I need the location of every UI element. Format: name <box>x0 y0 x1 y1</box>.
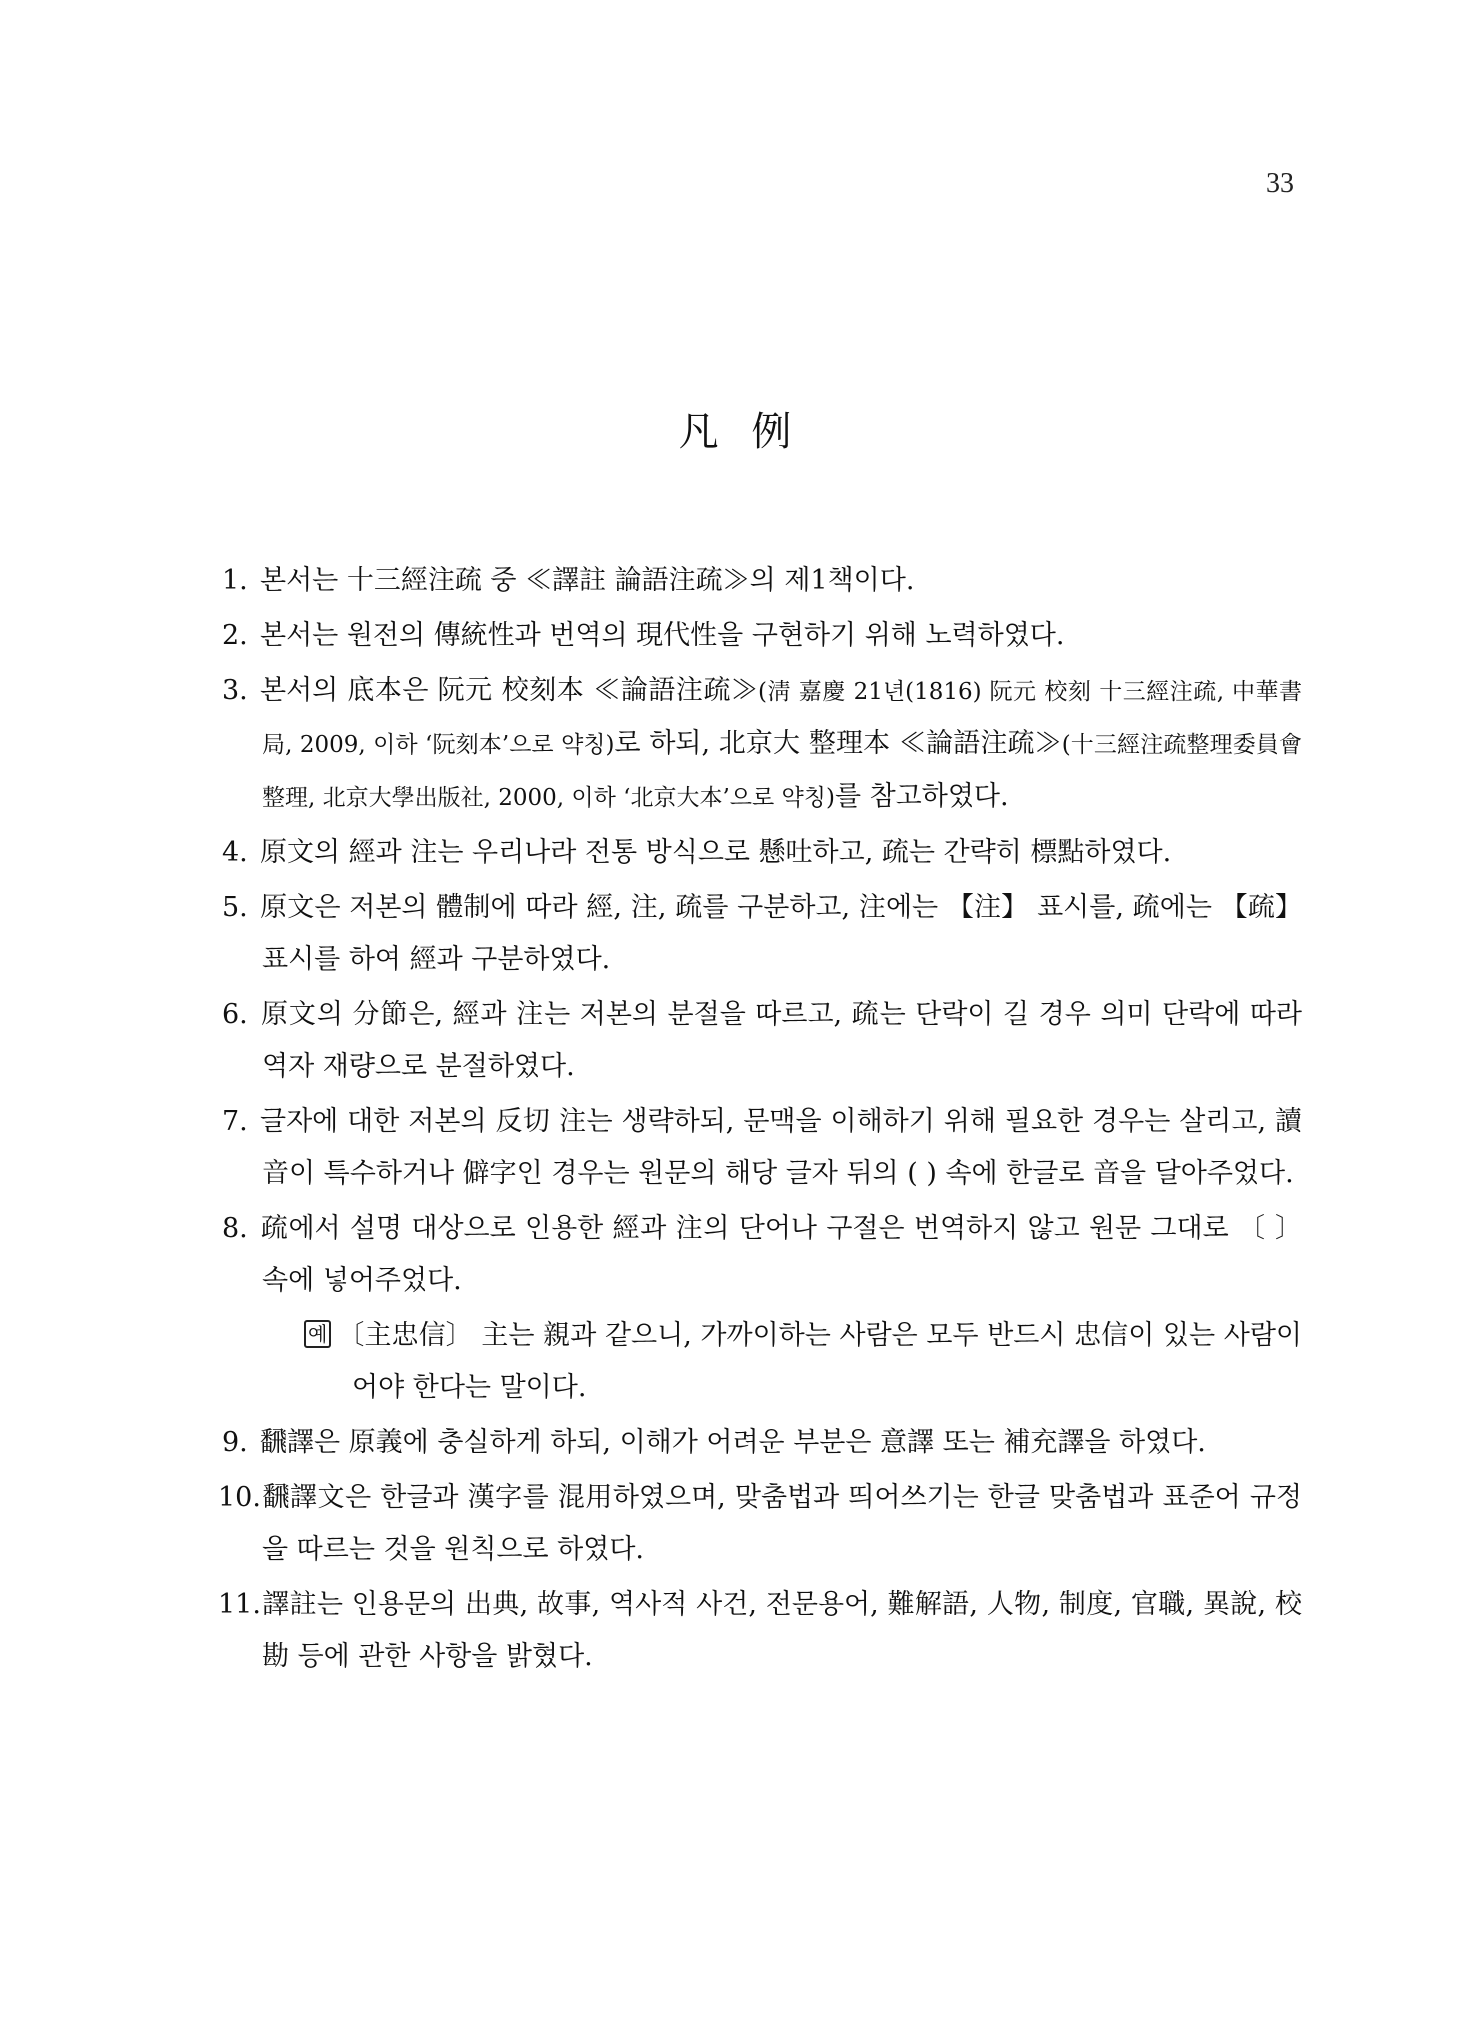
rule-item-10: 10.飜譯文은 한글과 漢字를 混用하였으며, 맞춤법과 띄어쓰기는 한글 맞춤… <box>222 1472 1302 1576</box>
rule-number: 8. <box>222 1203 260 1255</box>
rule-item-11: 11.譯註는 인용문의 出典, 故事, 역사적 사건, 전문용어, 難解語, 人… <box>222 1579 1302 1683</box>
page-number: 33 <box>1266 168 1294 200</box>
example-badge-icon: 예 <box>304 1320 331 1348</box>
rule-text: 로 하되, 北京大 整理本 ≪論語注疏≫ <box>615 728 1062 759</box>
rule-text: 를 참고하였다. <box>835 781 1009 812</box>
rules-list: 1.본서는 十三經注疏 중 ≪譯註 論語注疏≫의 제1책이다. 2.본서는 원전… <box>222 555 1302 1686</box>
rule-item-1: 1.본서는 十三經注疏 중 ≪譯註 論語注疏≫의 제1책이다. <box>222 555 1302 607</box>
rule-item-3: 3.본서의 底本은 阮元 校刻本 ≪論語注疏≫(淸 嘉慶 21년(1816) 阮… <box>222 665 1302 824</box>
rule-number: 9. <box>222 1417 260 1469</box>
rule-item-6: 6.原文의 分節은, 經과 注는 저본의 분절을 따르고, 疏는 단락이 길 경… <box>222 989 1302 1093</box>
rule-text: 飜譯文은 한글과 漢字를 混用하였으며, 맞춤법과 띄어쓰기는 한글 맞춤법과 … <box>262 1482 1302 1565</box>
rule-number: 7. <box>222 1096 260 1148</box>
rule-number: 11. <box>218 1579 262 1631</box>
rule-text: 疏에서 설명 대상으로 인용한 經과 注의 단어나 구절은 번역하지 않고 원문… <box>260 1213 1302 1296</box>
rule-example: 예〔主忠信〕 主는 親과 같으니, 가까이하는 사람은 모두 반드시 忠信이 있… <box>304 1310 1302 1414</box>
rule-item-2: 2.본서는 원전의 傳統性과 번역의 現代性을 구현하기 위해 노력하였다. <box>222 610 1302 662</box>
rule-number: 4. <box>222 827 260 879</box>
rule-text: 原文의 分節은, 經과 注는 저본의 분절을 따르고, 疏는 단락이 길 경우 … <box>260 999 1302 1082</box>
rule-number: 3. <box>222 665 260 717</box>
rule-text: 飜譯은 原義에 충실하게 하되, 이해가 어려운 부분은 意譯 또는 補充譯을 … <box>260 1427 1206 1458</box>
rule-text: 原文은 저본의 體制에 따라 經, 注, 疏를 구분하고, 注에는 【注】 표시… <box>260 892 1302 975</box>
rule-number: 6. <box>222 989 260 1041</box>
rule-item-9: 9.飜譯은 原義에 충실하게 하되, 이해가 어려운 부분은 意譯 또는 補充譯… <box>222 1417 1302 1469</box>
page-title: 凡 例 <box>0 400 1480 457</box>
rule-number: 1. <box>222 555 260 607</box>
rule-text: 본서는 원전의 傳統性과 번역의 現代性을 구현하기 위해 노력하였다. <box>260 620 1064 651</box>
rule-number: 2. <box>222 610 260 662</box>
example-text: 〔主忠信〕 主는 親과 같으니, 가까이하는 사람은 모두 반드시 忠信이 있는… <box>337 1320 1302 1403</box>
rule-text: 본서는 十三經注疏 중 ≪譯註 論語注疏≫의 제1책이다. <box>260 565 914 596</box>
rule-number: 10. <box>218 1472 262 1524</box>
rule-item-4: 4.原文의 經과 注는 우리나라 전통 방식으로 懸吐하고, 疏는 간략히 標點… <box>222 827 1302 879</box>
rule-text: 글자에 대한 저본의 反切 注는 생략하되, 문맥을 이해하기 위해 필요한 경… <box>260 1106 1302 1189</box>
rule-text: 原文의 經과 注는 우리나라 전통 방식으로 懸吐하고, 疏는 간략히 標點하였… <box>260 837 1171 868</box>
rule-text: 본서의 底本은 阮元 校刻本 ≪論語注疏≫ <box>260 675 758 706</box>
rule-item-8: 8.疏에서 설명 대상으로 인용한 經과 注의 단어나 구절은 번역하지 않고 … <box>222 1203 1302 1307</box>
rule-number: 5. <box>222 882 260 934</box>
rule-text: 譯註는 인용문의 出典, 故事, 역사적 사건, 전문용어, 難解語, 人物, … <box>262 1589 1302 1672</box>
rule-item-7: 7.글자에 대한 저본의 反切 注는 생략하되, 문맥을 이해하기 위해 필요한… <box>222 1096 1302 1200</box>
rule-item-5: 5.原文은 저본의 體制에 따라 經, 注, 疏를 구분하고, 注에는 【注】 … <box>222 882 1302 986</box>
